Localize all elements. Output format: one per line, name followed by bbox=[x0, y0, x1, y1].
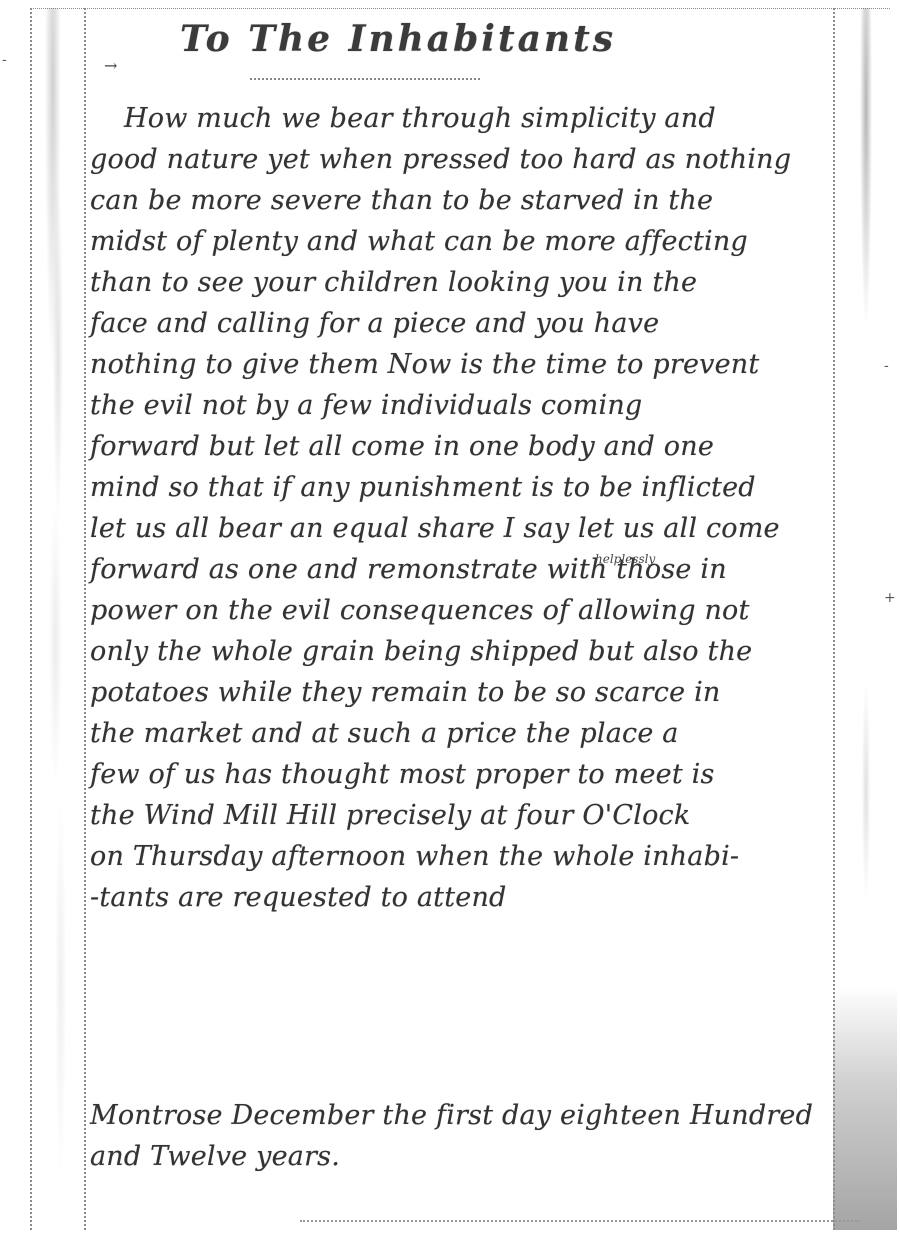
body-line: nothing to give them Now is the time to … bbox=[90, 344, 830, 385]
interlinear-insertion: helplessly bbox=[595, 552, 655, 566]
body-line: potatoes while they remain to be so scar… bbox=[90, 672, 830, 713]
left-margin-mark: - bbox=[2, 52, 7, 68]
body-line: -tants are requested to attend bbox=[90, 877, 830, 918]
body-line: the evil not by a few individuals coming bbox=[90, 385, 830, 426]
body-line: on Thursday afternoon when the whole inh… bbox=[90, 836, 830, 877]
body-line: than to see your children looking you in… bbox=[90, 262, 830, 303]
body-line: forward as one and remonstrate with thos… bbox=[90, 549, 830, 590]
right-margin-mark: + bbox=[884, 590, 896, 606]
bottom-border-rule bbox=[300, 1220, 860, 1222]
body-line: face and calling for a piece and you hav… bbox=[90, 303, 830, 344]
signature-block: Montrose December the first day eighteen… bbox=[90, 1095, 850, 1177]
body-line: power on the evil consequences of allowi… bbox=[90, 590, 830, 631]
body-line: only the whole grain being shipped but a… bbox=[90, 631, 830, 672]
body-line: forward but let all come in one body and… bbox=[90, 426, 830, 467]
top-border-rule bbox=[30, 8, 890, 9]
body-line: few of us has thought most proper to mee… bbox=[90, 754, 830, 795]
notice-title: To The Inhabitants bbox=[180, 18, 616, 60]
right-margin-mark: - bbox=[884, 358, 889, 374]
signature-line: and Twelve years. bbox=[90, 1136, 850, 1177]
body-line: the Wind Mill Hill precisely at four O'C… bbox=[90, 795, 830, 836]
notice-body: How much we bear through simplicity and … bbox=[90, 98, 830, 918]
body-line: let us all bear an equal share I say let… bbox=[90, 508, 830, 549]
left-margin-border bbox=[30, 8, 86, 1230]
body-line: good nature yet when pressed too hard as… bbox=[90, 139, 830, 180]
arrow-mark-icon: → bbox=[104, 56, 117, 75]
body-line: can be more severe than to be starved in… bbox=[90, 180, 830, 221]
body-line: mind so that if any punishment is to be … bbox=[90, 467, 830, 508]
handwritten-notice: → To The Inhabitants How much we bear th… bbox=[90, 10, 830, 80]
body-line: How much we bear through simplicity and bbox=[90, 98, 830, 139]
title-underline bbox=[250, 78, 480, 80]
signature-line: Montrose December the first day eighteen… bbox=[90, 1095, 850, 1136]
body-line: the market and at such a price the place… bbox=[90, 713, 830, 754]
right-margin-border bbox=[833, 8, 897, 1230]
body-line: midst of plenty and what can be more aff… bbox=[90, 221, 830, 262]
title-row: → To The Inhabitants bbox=[90, 10, 830, 80]
